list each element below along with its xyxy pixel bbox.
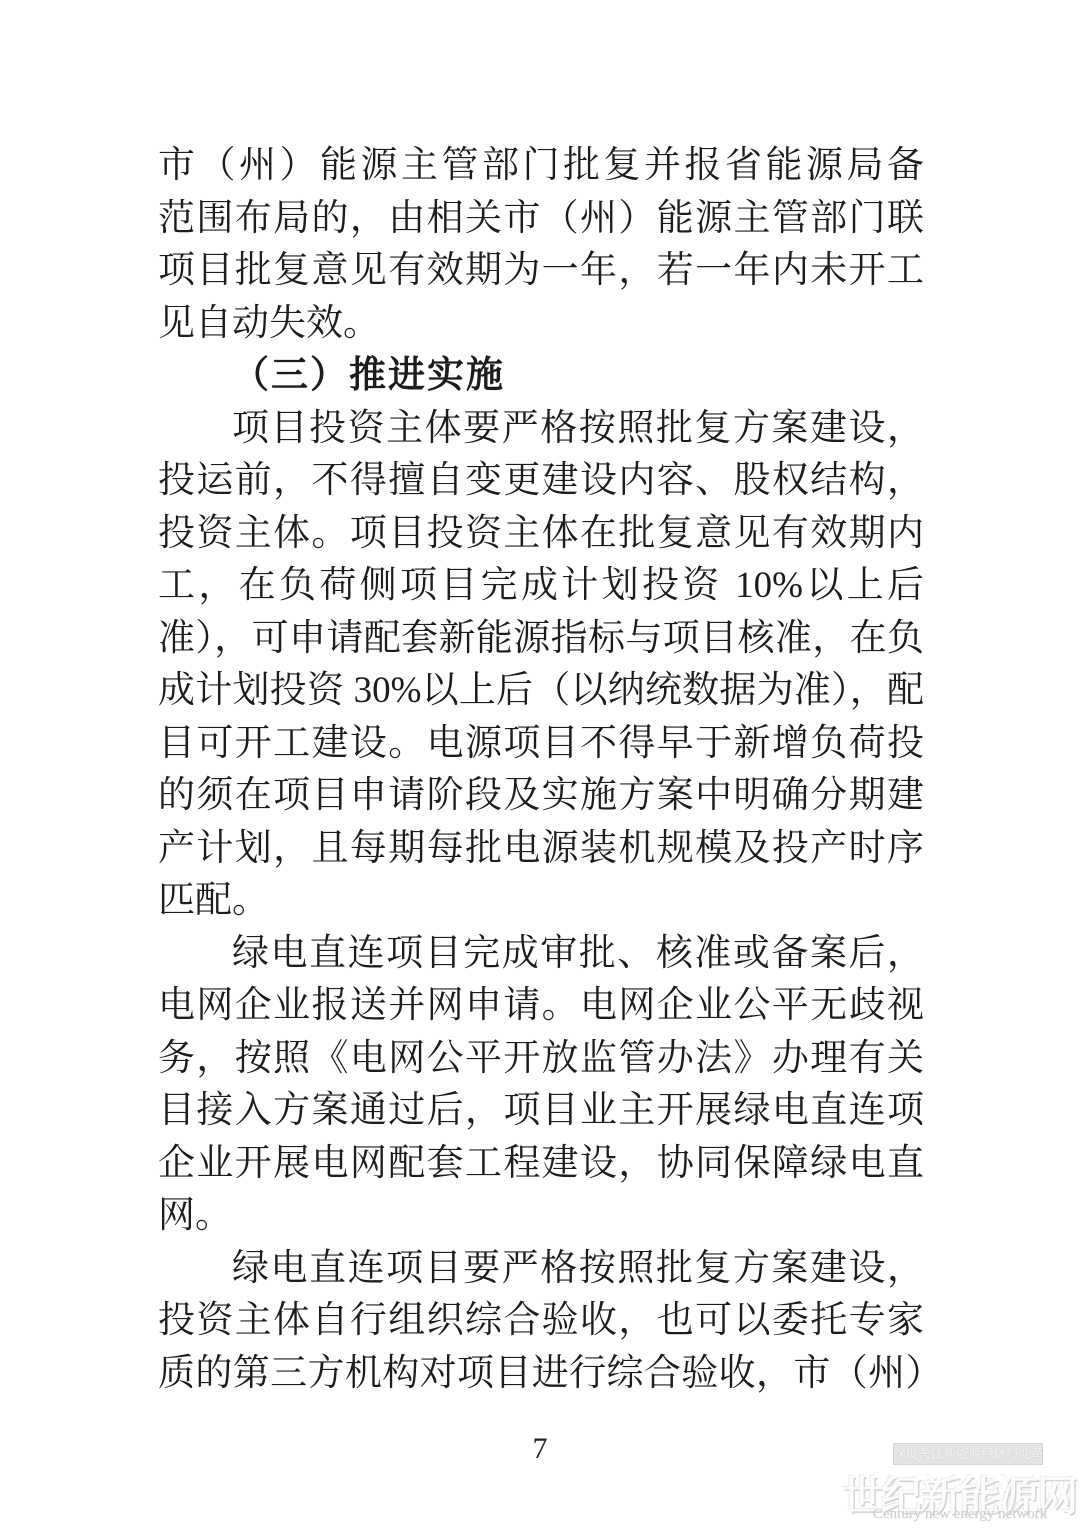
text-line: 项目批复意见有效期为一年，若一年内未开工建设，批复意 (158, 245, 924, 298)
text-line: 绿电直连项目完成审批、核准或备案后，由项目业主向 (158, 928, 924, 981)
site-watermark: 深度关注新能源经济与变革 世纪新能源网 Century new energy n… (840, 1440, 1080, 1528)
text-line: 工，在负荷侧项目完成计划投资 10%以上后（以纳统数据为 (158, 560, 924, 613)
text-line: 务，按照《电网公平开放监管办法》办理有关接网手续。项 (158, 1033, 924, 1086)
text-line: 的须在项目申请阶段及实施方案中明确分期建设方案及投 (158, 770, 924, 823)
text-line: 目可开工建设。电源项目不得早于新增负荷投产，分期投产 (158, 718, 924, 771)
text-line: 绿电直连项目要严格按照批复方案建设，项目建成后由 (158, 1243, 924, 1296)
text-line: 目接入方案通过后，项目业主开展绿电直连项目建设，电网 (158, 1085, 924, 1138)
text-line: 成计划投资 30%以上后（以纳统数据为准），配套新能源项 (158, 665, 924, 718)
text-line: 投运前，不得擅自变更建设内容、股权结构，不得自行变更 (158, 455, 924, 508)
text-line: 准），可申请配套新能源指标与项目核准，在负荷侧项目完 (158, 613, 924, 666)
text-line: 网。 (158, 1190, 924, 1243)
watermark-tagline: 深度关注新能源经济与变革 (893, 1443, 1043, 1465)
watermark-subtitle: Century new energy network (840, 1506, 1080, 1523)
text-line: 质的第三方机构对项目进行综合验收，市（州）能源主管部 (158, 1348, 924, 1401)
text-line: 范围布局的，由相关市（州）能源主管部门联合审查与批复。 (158, 193, 924, 246)
text-line: 见自动失效。 (158, 298, 924, 351)
text-line: 匹配。 (158, 875, 924, 928)
text-line: 市（州）能源主管部门批复并报省能源局备案。跨市（州） (158, 140, 924, 193)
text-line: 投资主体。项目投资主体在批复意见有效期内依法依规开 (158, 508, 924, 561)
text-line: 项目投资主体要严格按照批复方案建设，绿电直连项目 (158, 403, 924, 456)
text-line: 电网企业报送并网申请。电网企业公平无歧视提供接网服 (158, 980, 924, 1033)
text-line: 产计划，且每期每批电源装机规模及投产时序均要与负荷相 (158, 823, 924, 876)
section-heading: （三）推进实施 (158, 350, 924, 403)
document-page: 市（州）能源主管部门批复并报省能源局备案。跨市（州） 范围布局的，由相关市（州）… (0, 0, 1080, 1528)
text-line: 投资主体自行组织综合验收，也可以委托专家或具备相应资 (158, 1295, 924, 1348)
text-line: 企业开展电网配套工程建设，协同保障绿电直连项目按期并 (158, 1138, 924, 1191)
document-body: 市（州）能源主管部门批复并报省能源局备案。跨市（州） 范围布局的，由相关市（州）… (158, 140, 924, 1400)
